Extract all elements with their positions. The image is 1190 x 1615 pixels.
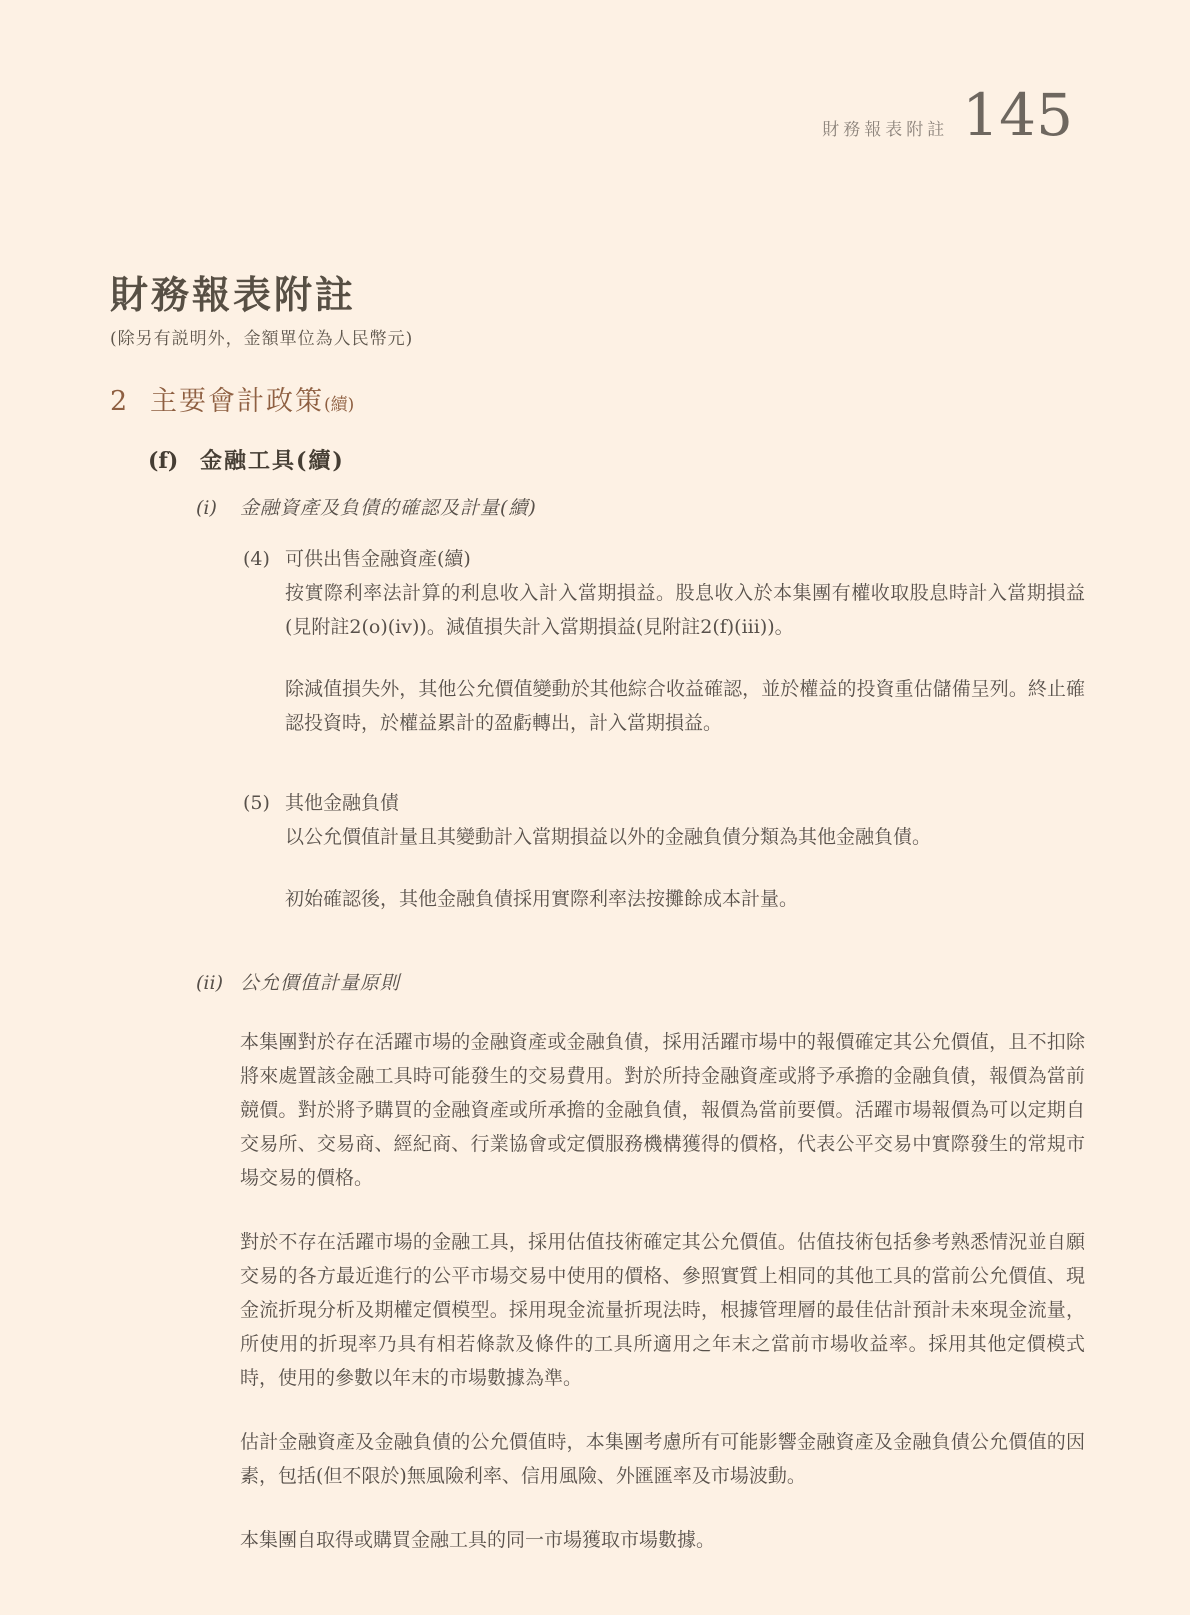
content-column: 財務報表附註 (除另有説明外，金額單位為人民幣元) 2 主要會計政策(續) (f… — [110, 272, 1085, 1557]
page-number: 145 — [962, 86, 1073, 144]
subsection-ii-paragraph-4: 本集團自取得或購買金融工具的同一市場獲取市場數據。 — [240, 1523, 1085, 1557]
running-header: 財務報表附註 145 — [822, 86, 1073, 144]
subsection-ii-title: 公允價值計量原則 — [240, 968, 400, 995]
subsection-ii-paragraph-2: 對於不存在活躍市場的金融工具，採用估值技術確定其公允價值。估值技術包括參考熟悉情… — [240, 1225, 1085, 1395]
document-subtitle: (除另有説明外，金額單位為人民幣元) — [110, 324, 1085, 349]
document-title: 財務報表附註 — [110, 272, 1085, 318]
section-title: 主要會計政策(續) — [150, 379, 354, 418]
item-5-label: (5) — [243, 792, 285, 814]
subsection-i-title: 金融資產及負債的確認及計量(續) — [240, 493, 537, 520]
section-heading: 2 主要會計政策(續) — [110, 379, 1085, 418]
running-header-label: 財務報表附註 — [822, 115, 948, 140]
subsection-f-title: 金融工具(續) — [200, 444, 345, 475]
section-title-text: 主要會計政策 — [150, 386, 324, 417]
item-5-title: 其他金融負債 — [285, 786, 1085, 820]
subsection-ii-paragraph-3: 估計金融資產及金融負債的公允價值時，本集團考慮所有可能影響金融資產及金融負債公允… — [240, 1425, 1085, 1493]
item-4-content: 可供出售金融資產(續) 按實際利率法計算的利息收入計入當期損益。股息收入於本集團… — [285, 542, 1085, 740]
item-4-paragraph-2: 除減值損失外，其他公允價值變動於其他綜合收益確認，並於權益的投資重估儲備呈列。終… — [285, 672, 1085, 740]
item-5-paragraph-1: 以公允價值計量且其變動計入當期損益以外的金融負債分類為其他金融負債。 — [285, 820, 1085, 854]
section-number: 2 — [110, 386, 150, 417]
item-5-paragraph-2: 初始確認後，其他金融負債採用實際利率法按攤餘成本計量。 — [285, 882, 1085, 916]
subsection-ii-heading: (ii) 公允價值計量原則 — [196, 968, 1085, 995]
item-4-title: 可供出售金融資產(續) — [285, 542, 1085, 576]
subsection-i-heading: (i) 金融資產及負債的確認及計量(續) — [196, 493, 1085, 520]
subsection-ii-paragraph-1: 本集團對於存在活躍市場的金融資產或金融負債，採用活躍市場中的報價確定其公允價值，… — [240, 1025, 1085, 1195]
item-4-label: (4) — [243, 548, 285, 570]
page: 財務報表附註 145 財務報表附註 (除另有説明外，金額單位為人民幣元) 2 主… — [0, 0, 1190, 1615]
subsection-f-label: (f) — [148, 448, 200, 474]
item-5-content: 其他金融負債 以公允價值計量且其變動計入當期損益以外的金融負債分類為其他金融負債… — [285, 786, 1085, 916]
item-4-paragraph-1: 按實際利率法計算的利息收入計入當期損益。股息收入於本集團有權收取股息時計入當期損… — [285, 576, 1085, 644]
subsection-i-label: (i) — [196, 497, 240, 519]
item-4-block: (4) 可供出售金融資產(續) 按實際利率法計算的利息收入計入當期損益。股息收入… — [243, 542, 1085, 740]
item-5-block: (5) 其他金融負債 以公允價值計量且其變動計入當期損益以外的金融負債分類為其他… — [243, 786, 1085, 916]
subsection-f-heading: (f) 金融工具(續) — [148, 444, 1085, 475]
section-continued-marker: (續) — [324, 395, 354, 415]
subsection-ii-label: (ii) — [196, 972, 240, 994]
subsection-ii-body: 本集團對於存在活躍市場的金融資產或金融負債，採用活躍市場中的報價確定其公允價值，… — [240, 1025, 1085, 1557]
